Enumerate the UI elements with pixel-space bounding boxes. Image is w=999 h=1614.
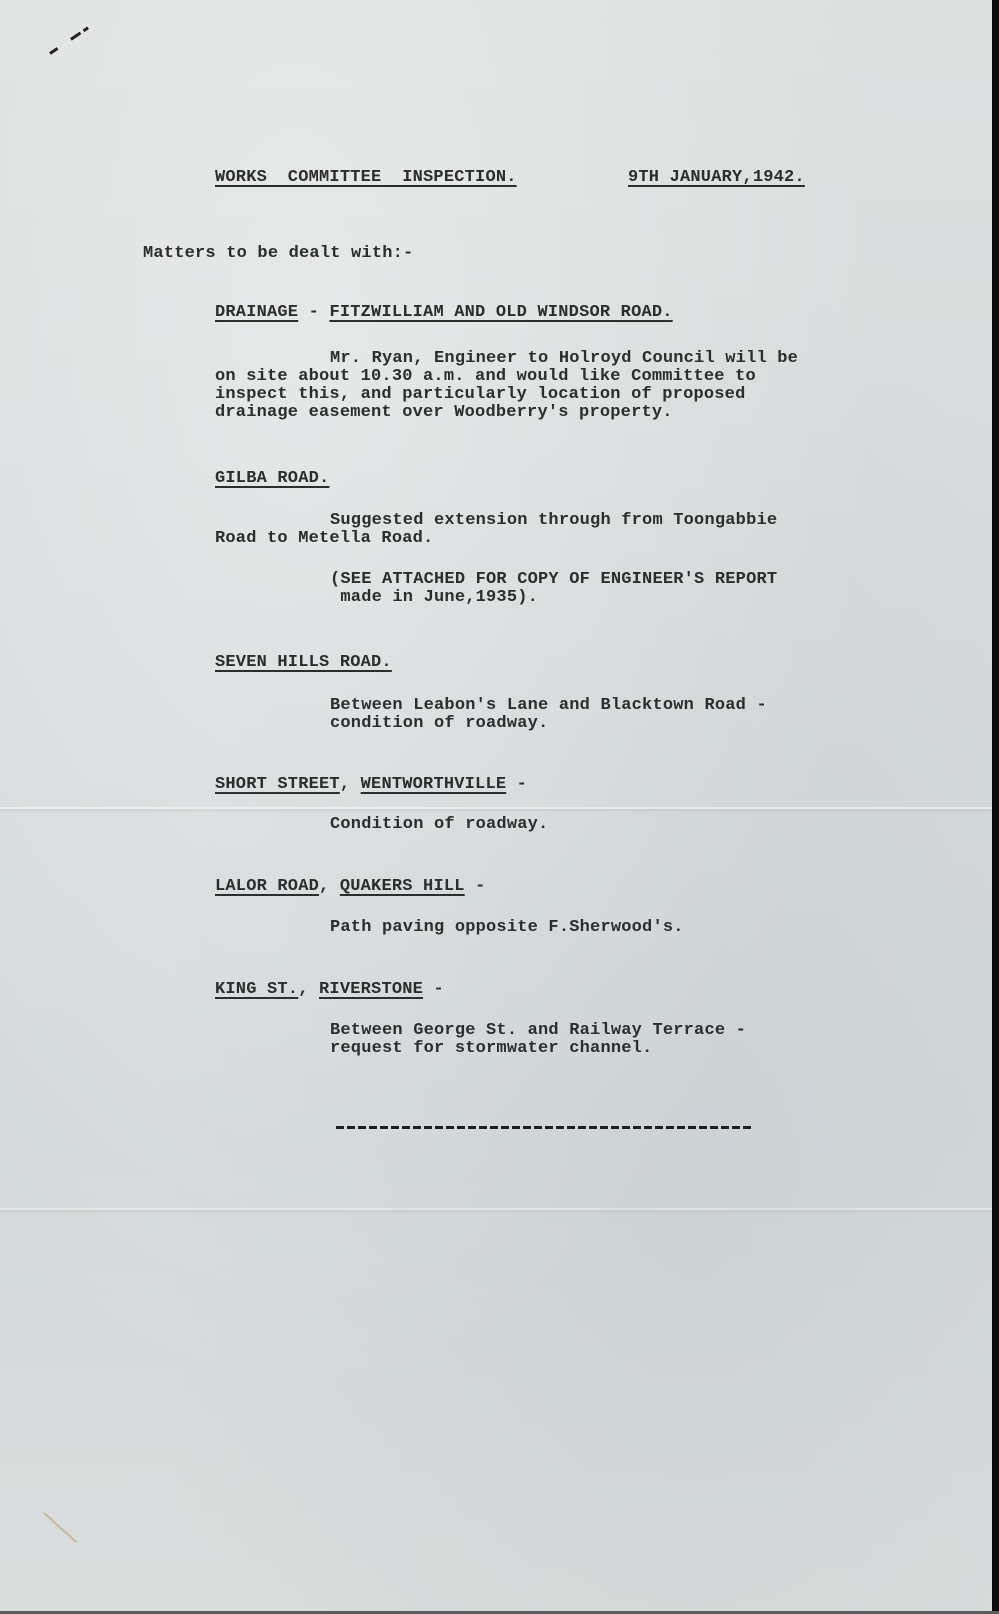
item-body-line: Road to Metella Road. bbox=[215, 529, 433, 549]
item-heading-lalor-road: LALOR ROAD, QUAKERS HILL - bbox=[215, 877, 485, 897]
closing-dashed-rule bbox=[336, 1126, 754, 1129]
item-body-line: Path paving opposite F.Sherwood's. bbox=[330, 918, 684, 938]
paper-sheet bbox=[0, 0, 992, 1611]
item-body-line: condition of roadway. bbox=[330, 714, 548, 734]
item-body-line: Suggested extension through from Toongab… bbox=[330, 511, 777, 531]
item-body-line: request for stormwater channel. bbox=[330, 1039, 652, 1059]
heading-part: , bbox=[319, 877, 340, 896]
document-date: 9TH JANUARY,1942. bbox=[628, 168, 805, 188]
heading-part: , bbox=[298, 980, 319, 999]
item-note-line: made in June,1935). bbox=[330, 588, 538, 608]
item-body-line: Mr. Ryan, Engineer to Holroyd Council wi… bbox=[330, 349, 798, 369]
heading-part: RIVERSTONE bbox=[319, 980, 423, 999]
item-body-line: Between Leabon's Lane and Blacktown Road… bbox=[330, 696, 767, 716]
heading-part: , bbox=[340, 775, 361, 794]
item-body-line: Between George St. and Railway Terrace - bbox=[330, 1021, 746, 1041]
scan-right-border bbox=[992, 0, 999, 1614]
heading-part: QUAKERS HILL bbox=[340, 877, 465, 896]
heading-part: - bbox=[298, 303, 329, 322]
item-heading-short-street: SHORT STREET, WENTWORTHVILLE - bbox=[215, 775, 527, 795]
heading-part: - bbox=[423, 980, 444, 999]
intro-text: Matters to be dealt with:- bbox=[143, 244, 413, 264]
item-heading-drainage: DRAINAGE - FITZWILLIAM AND OLD WINDSOR R… bbox=[215, 303, 673, 323]
heading-part: LALOR ROAD bbox=[215, 877, 319, 896]
document-title: WORKS COMMITTEE INSPECTION. bbox=[215, 168, 517, 188]
heading-part: SHORT STREET bbox=[215, 775, 340, 794]
fold-line bbox=[0, 1208, 992, 1210]
item-heading-seven-hills-road: SEVEN HILLS ROAD. bbox=[215, 653, 392, 673]
item-body-line: inspect this, and particularly location … bbox=[215, 385, 746, 405]
heading-part: - bbox=[465, 877, 486, 896]
item-heading-king-st: KING ST., RIVERSTONE - bbox=[215, 980, 444, 1000]
item-note-line: (SEE ATTACHED FOR COPY OF ENGINEER'S REP… bbox=[330, 570, 777, 590]
heading-part: DRAINAGE bbox=[215, 303, 298, 322]
item-heading-gilba-road: GILBA ROAD. bbox=[215, 469, 329, 489]
item-body-line: on site about 10.30 a.m. and would like … bbox=[215, 367, 756, 387]
heading-part: WENTWORTHVILLE bbox=[361, 775, 507, 794]
item-body-line: Condition of roadway. bbox=[330, 815, 548, 835]
item-body-line: drainage easement over Woodberry's prope… bbox=[215, 403, 673, 423]
heading-part: - bbox=[506, 775, 527, 794]
heading-part: KING ST. bbox=[215, 980, 298, 999]
heading-part: FITZWILLIAM AND OLD WINDSOR ROAD. bbox=[329, 303, 672, 322]
fold-line bbox=[0, 807, 992, 809]
